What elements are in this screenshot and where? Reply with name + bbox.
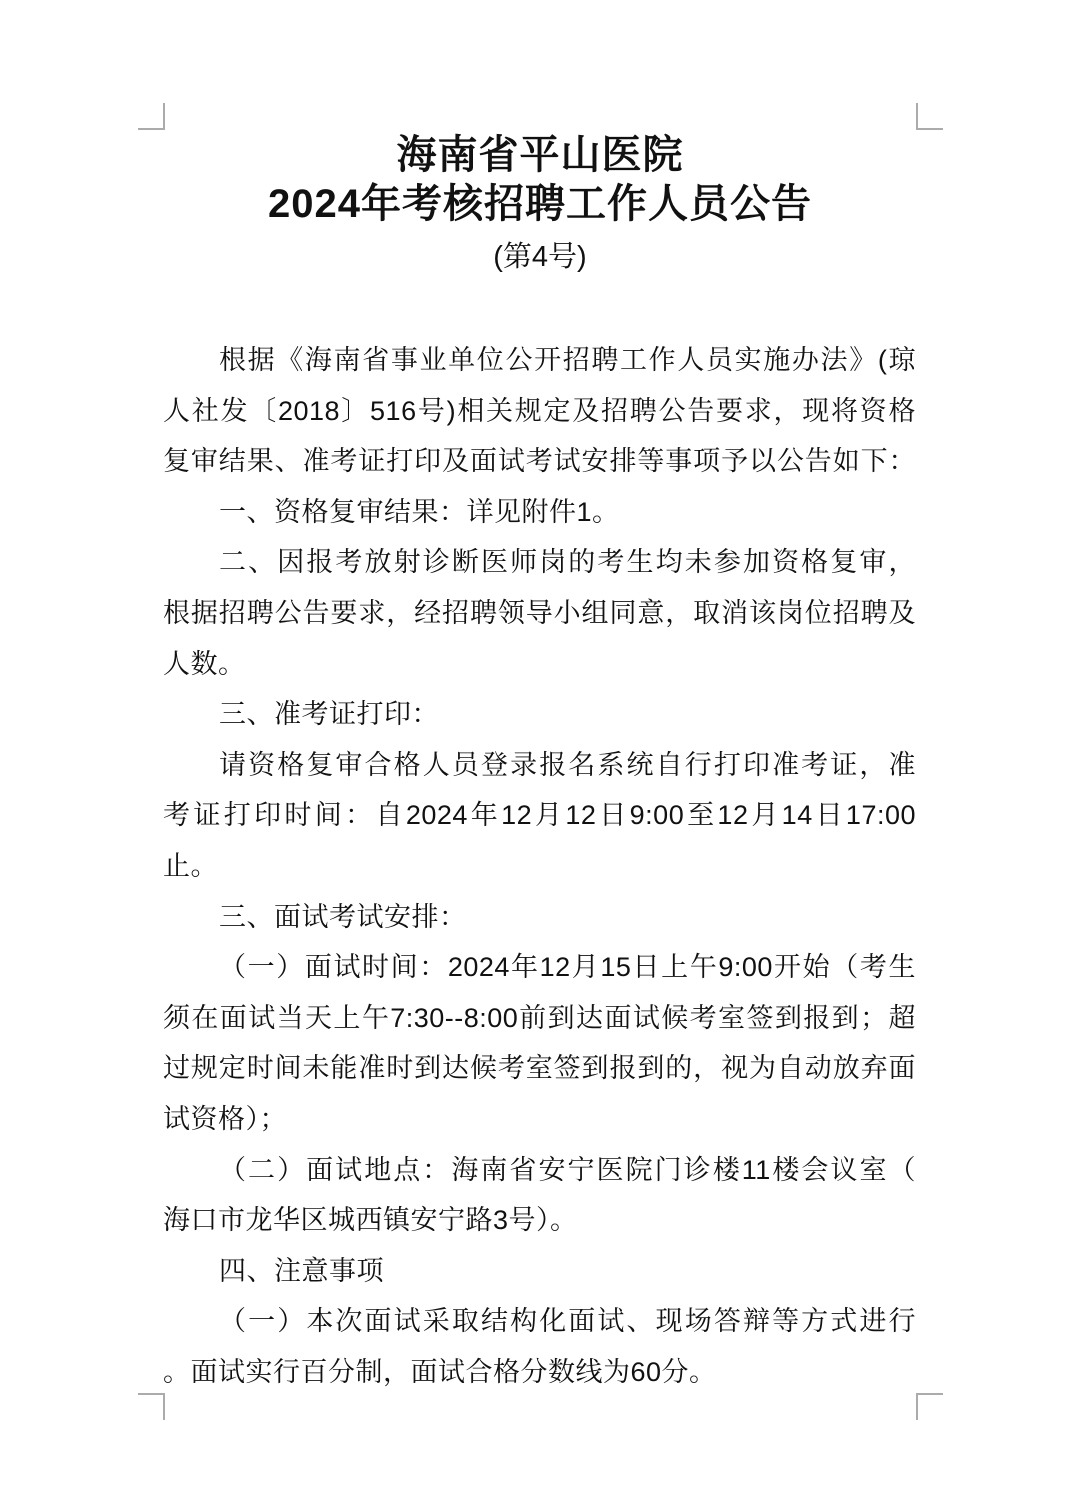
- body-line: 试资格）；: [163, 1094, 916, 1145]
- document-page: 海南省平山医院 2024年考核招聘工作人员公告 (第4号) 根据《海南省事业单位…: [0, 0, 1080, 1512]
- body-line: 须在面试当天上午7:30--8:00前到达面试候考室签到报到；超: [163, 993, 916, 1044]
- body-line: 请资格复审合格人员登录报名系统自行打印准考证，准: [163, 740, 916, 791]
- body-line: 三、准考证打印：: [163, 689, 916, 740]
- margin-mark-bottom-left-icon: [138, 1393, 165, 1420]
- body-line: 根据招聘公告要求，经招聘领导小组同意，取消该岗位招聘及: [163, 588, 916, 639]
- document-header: 海南省平山医院 2024年考核招聘工作人员公告 (第4号): [0, 131, 1080, 283]
- body-line: （一）本次面试采取结构化面试、现场答辩等方式进行: [163, 1296, 916, 1347]
- margin-mark-top-left-icon: [138, 103, 165, 130]
- body-line: 复审结果、准考证打印及面试考试安排等事项予以公告如下：: [163, 436, 916, 487]
- margin-mark-top-right-icon: [916, 103, 943, 130]
- body-line: 。面试实行百分制，面试合格分数线为60分。: [163, 1347, 916, 1398]
- margin-mark-bottom-right-icon: [916, 1393, 943, 1420]
- document-body: 根据《海南省事业单位公开招聘工作人员实施办法》(琼人社发〔2018〕516号)相…: [163, 335, 916, 1397]
- body-line: 根据《海南省事业单位公开招聘工作人员实施办法》(琼: [163, 335, 916, 386]
- body-line: （二）面试地点：海南省安宁医院门诊楼11楼会议室（: [163, 1145, 916, 1196]
- body-line: 过规定时间未能准时到达候考室签到报到的，视为自动放弃面: [163, 1043, 916, 1094]
- body-line: 海口市龙华区城西镇安宁路3号）。: [163, 1195, 916, 1246]
- body-line: （一）面试时间：2024年12月15日上午9:00开始（考生: [163, 942, 916, 993]
- body-line: 一、资格复审结果：详见附件1。: [163, 487, 916, 538]
- body-line: 考证打印时间：自2024年12月12日9:00至12月14日17:00: [163, 790, 916, 841]
- body-line: 止。: [163, 841, 916, 892]
- body-line: 四、注意事项: [163, 1246, 916, 1297]
- document-title-line1: 海南省平山医院: [0, 131, 1080, 180]
- body-line: 二、因报考放射诊断医师岗的考生均未参加资格复审，: [163, 537, 916, 588]
- body-line: 三、面试考试安排：: [163, 892, 916, 943]
- document-title-line2: 2024年考核招聘工作人员公告: [0, 180, 1080, 229]
- body-line: 人数。: [163, 639, 916, 690]
- document-number: (第4号): [0, 231, 1080, 283]
- body-line: 人社发〔2018〕516号)相关规定及招聘公告要求，现将资格: [163, 386, 916, 437]
